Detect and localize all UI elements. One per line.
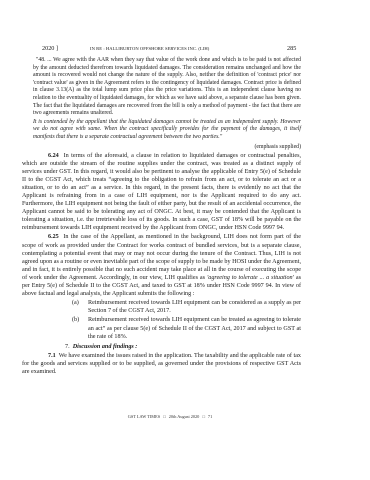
list-item-text: Reimbursement received towards LIH equip… (88, 300, 301, 314)
paragraph-text: In terms of the aforesaid, a clause in r… (22, 153, 301, 232)
paragraph-number: 7.1 (48, 353, 56, 359)
quote-italic-paragraph: It is contended by the appellant that th… (33, 119, 301, 142)
section-number: 7. (65, 344, 70, 350)
list-item-label: (a) (72, 299, 79, 307)
submissions-list: (a) Reimbursement received towards LIH e… (22, 299, 301, 340)
header-year: 2020 ] (42, 44, 58, 54)
italic-phrase: 'agreeing to tolerate ... a situation' (207, 275, 294, 281)
section-heading: 7. Discussion and findings : (22, 343, 301, 351)
page-body: "48. ... We agree with the AAR when they… (22, 57, 301, 376)
list-item: (b) Reimbursement received towards LIH e… (22, 316, 301, 340)
list-item: (a) Reimbursement received towards LIH e… (22, 299, 301, 315)
list-item-label: (b) (72, 316, 79, 324)
paragraph-7-1: 7.1 We have examined the issues raised i… (22, 352, 301, 376)
paragraph-number: 6.25 (48, 234, 59, 240)
separator-icon: □ (163, 414, 166, 419)
header-case-title: IN RE : HALLIBURTON OFFSHORE SERVICES IN… (90, 44, 209, 54)
separator-icon: □ (202, 414, 205, 419)
paragraph-number: 6.24 (48, 153, 59, 159)
section-title: Discussion and findings : (73, 344, 138, 350)
paragraph-text: We have examined the issues raised in th… (22, 353, 301, 375)
list-item-text: Reimbursement received towards LIH equip… (88, 317, 301, 339)
paragraph-6-25: 6.25 In the case of the Appellant, as me… (22, 233, 301, 298)
header-page-number: 285 (287, 44, 296, 54)
footer-volume: 71 (208, 414, 212, 419)
paragraph-6-24: 6.24 In terms of the aforesaid, a clause… (22, 152, 301, 233)
block-quote: "48. ... We agree with the AAR when they… (33, 57, 301, 142)
running-header: 2020 ] IN RE : HALLIBURTON OFFSHORE SERV… (42, 44, 300, 54)
emphasis-note: (emphasis supplied) (22, 143, 301, 151)
footer-publication: GST LAW TIMES (128, 414, 160, 419)
document-page: 2020 ] IN RE : HALLIBURTON OFFSHORE SERV… (0, 0, 370, 480)
footer-date: 20th August 2020 (169, 414, 200, 419)
page-footer: GST LAW TIMES□20th August 2020□71 (0, 413, 370, 421)
quote-paragraph: "48. ... We agree with the AAR when they… (33, 57, 301, 118)
